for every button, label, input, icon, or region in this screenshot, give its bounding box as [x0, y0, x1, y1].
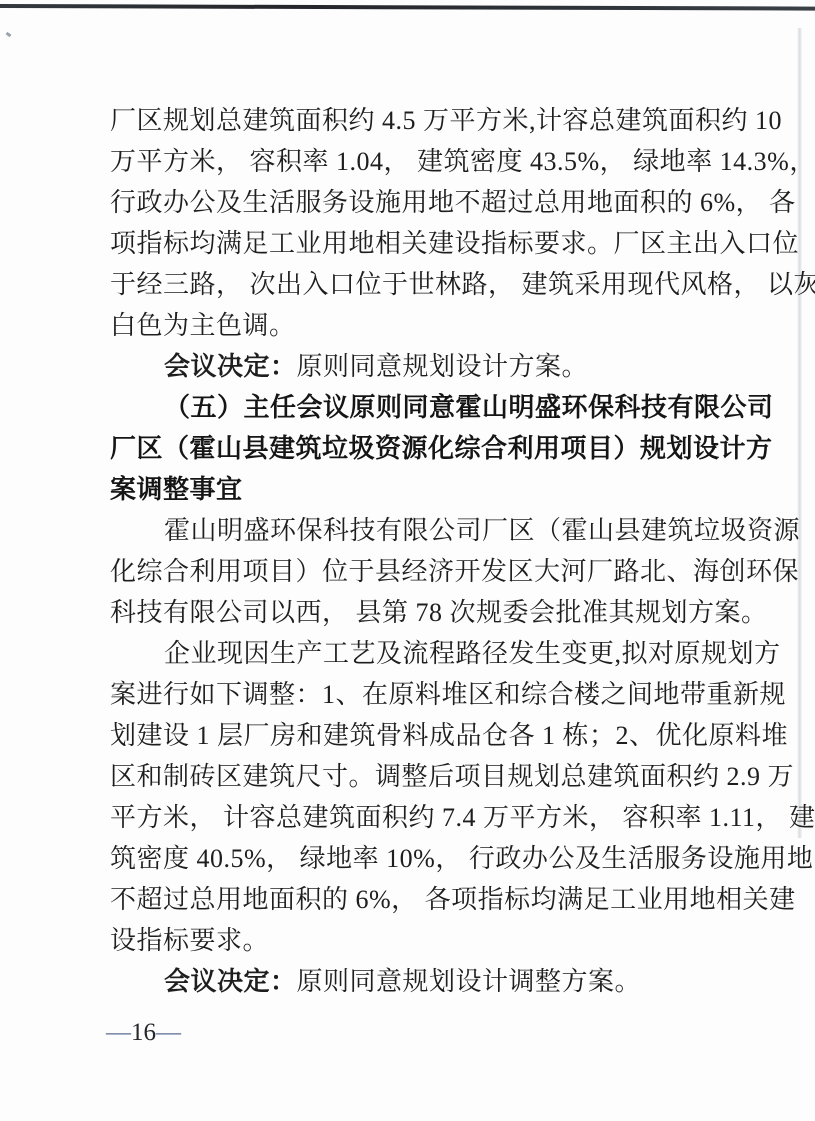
paragraph-line: 厂区规划总建筑面积约 4.5 万平方米,计容总建筑面积约 10 — [110, 100, 760, 141]
section-heading-line: 厂区（霍山县建筑垃圾资源化综合利用项目）规划设计方 — [110, 428, 760, 469]
decision-text: 原则同意规划设计方案。 — [297, 352, 589, 381]
paragraph-line: 区和制砖区建筑尺寸。调整后项目规划总建筑面积约 2.9 万 — [110, 756, 760, 797]
paragraph-line: 于经三路， 次出入口位于世林路， 建筑采用现代风格， 以灰 — [110, 264, 760, 305]
decision-text: 原则同意规划设计调整方案。 — [297, 967, 642, 996]
paragraph-line: 设指标要求。 — [110, 920, 760, 961]
decision-label: 会议决定： — [164, 967, 297, 996]
paragraph-line: 企业现因生产工艺及流程路径发生变更,拟对原规划方 — [110, 633, 760, 674]
paragraph-line: 划建设 1 层厂房和建筑骨料成品仓各 1 栋；2、优化原料堆 — [110, 715, 760, 756]
section-heading-line: （五）主任会议原则同意霍山明盛环保科技有限公司 — [110, 387, 760, 428]
paragraph-line: 平方米， 计容总建筑面积约 7.4 万平方米， 容积率 1.11， 建 — [110, 797, 760, 838]
paragraph-line: 行政办公及生活服务设施用地不超过总用地面积的 6%， 各 — [110, 182, 760, 223]
page-number-dash: — — [156, 1019, 181, 1046]
page-number: —16— — [106, 1018, 181, 1048]
paragraph-line: 不超过总用地面积的 6%， 各项指标均满足工业用地相关建 — [110, 879, 760, 920]
paragraph-line: 化综合利用项目）位于县经济开发区大河厂路北、海创环保 — [110, 551, 760, 592]
page-number-value: 16 — [131, 1019, 156, 1046]
paragraph-line: 筑密度 40.5%， 绿地率 10%， 行政办公及生活服务设施用地 — [110, 838, 760, 879]
paragraph-line: 项指标均满足工业用地相关建设指标要求。厂区主出入口位 — [110, 223, 760, 264]
paragraph-line: 白色为主色调。 — [110, 305, 760, 346]
decision-label: 会议决定： — [164, 352, 297, 381]
scan-top-edge-artifact — [0, 4, 815, 11]
body-text: 厂区规划总建筑面积约 4.5 万平方米,计容总建筑面积约 10 万平方米， 容积… — [110, 100, 760, 1002]
paragraph-line: 案进行如下调整：1、在原料堆区和综合楼之间地带重新规 — [110, 674, 760, 715]
paragraph-line: 科技有限公司以西， 县第 78 次规委会批准其规划方案。 — [110, 592, 760, 633]
paragraph-line: 万平方米， 容积率 1.04， 建筑密度 43.5%， 绿地率 14.3%， — [110, 141, 760, 182]
paragraph-line: 霍山明盛环保科技有限公司厂区（霍山县建筑垃圾资源 — [110, 510, 760, 551]
scan-speck — [6, 32, 12, 37]
decision-line: 会议决定：原则同意规划设计调整方案。 — [110, 961, 760, 1002]
page-number-dash: — — [106, 1019, 131, 1046]
section-heading-line: 案调整事宜 — [110, 469, 760, 510]
decision-line: 会议决定：原则同意规划设计方案。 — [110, 346, 760, 387]
